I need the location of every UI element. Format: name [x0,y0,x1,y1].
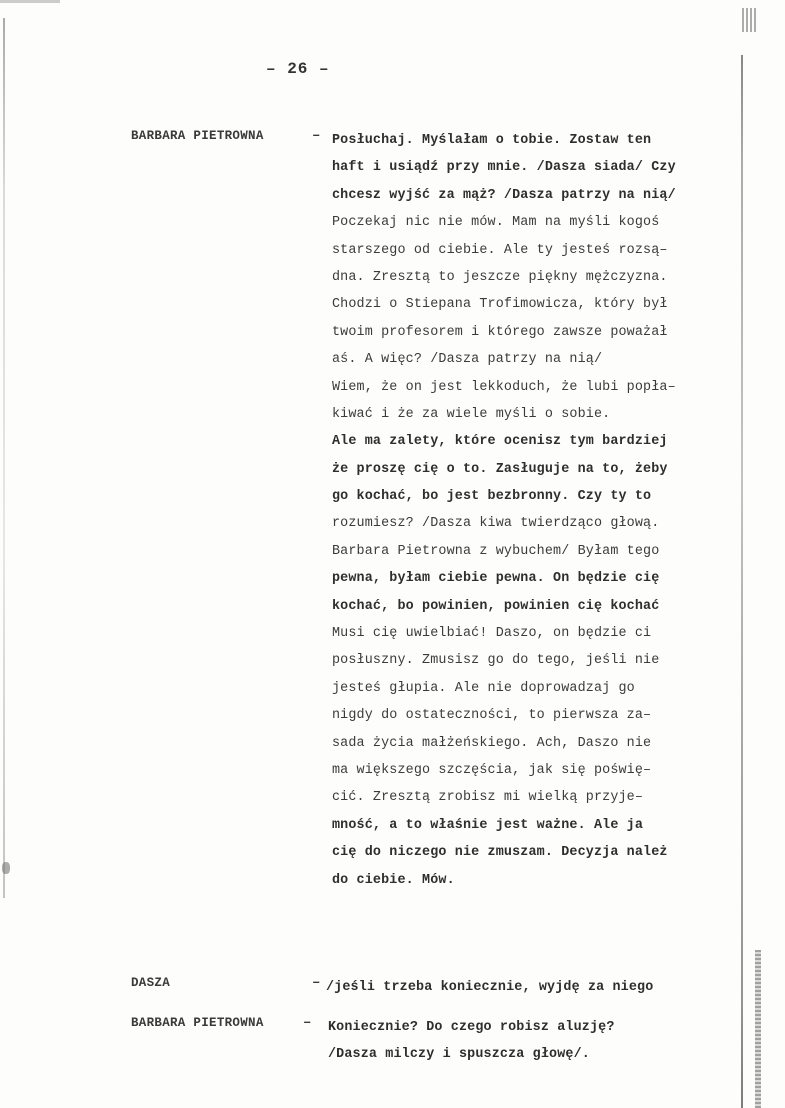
speaker-name: DASZA [131,976,170,990]
text-line: kochać, bo powinien, powinien cię kochać [332,593,676,620]
text-line: posłuszny. Zmusisz go do tego, jeśli nie [332,647,676,674]
text-line: cię do niczego nie zmuszam. Decyzja nale… [332,839,676,866]
scan-right-margin-line [741,55,743,1108]
text-line: /jeśli trzeba koniecznie, wyjdę za niego [326,974,653,1001]
speech-lines: Posłuchaj. Myślałam o tobie. Zostaw tenh… [332,127,676,894]
speaker-dash: – [312,975,320,991]
text-line: pewna, byłam ciebie pewna. On będzie cię [332,565,676,592]
text-line: sada życia małżeńskiego. Ach, Daszo nie [332,730,676,757]
speaker-name: BARBARA PIETROWNA [131,1016,264,1030]
page-number: – 26 – [266,60,330,78]
text-line: do ciebie. Mów. [332,867,676,894]
text-line: nigdy do ostateczności, to pierwsza za– [332,702,676,729]
text-line: go kochać, bo jest bezbronny. Czy ty to [332,483,676,510]
text-line: Ale ma zalety, które ocenisz tym bardzie… [332,428,676,455]
scan-left-edge [3,18,5,898]
text-line: Chodzi o Stiepana Trofimowicza, który by… [332,291,676,318]
text-line: ma większego szczęścia, jak się poświę– [332,757,676,784]
text-line: kiwać i że za wiele myśli o sobie. [332,401,676,428]
scan-edge-shadow [0,0,60,3]
text-line: rozumiesz? /Dasza kiwa twierdząco głową. [332,510,676,537]
text-line: twoim profesorem i którego zawsze poważa… [332,319,676,346]
text-line: haft i usiądź przy mnie. /Dasza siada/ C… [332,154,676,181]
text-line: aś. A więc? /Dasza patrzy na nią/ [332,346,676,373]
speech-lines: Koniecznie? Do czego robisz aluzję?/Dasz… [328,1014,615,1069]
text-line: Musi cię uwielbiać! Daszo, on będzie ci [332,620,676,647]
text-line: jesteś głupia. Ale nie doprowadzaj go [332,675,676,702]
speaker-name: BARBARA PIETROWNA [131,129,264,143]
text-line: Wiem, że on jest lekkoduch, że lubi popł… [332,374,676,401]
speech-lines: /jeśli trzeba koniecznie, wyjdę za niego [326,974,653,1001]
text-line: chcesz wyjść za mąż? /Dasza patrzy na ni… [332,182,676,209]
text-line: że proszę cię o to. Zasługuje na to, żeb… [332,456,676,483]
speaker-dash: – [303,1015,311,1031]
text-line: mność, a to właśnie jest ważne. Ale ja [332,812,676,839]
text-line: cić. Zresztą zrobisz mi wielką przyje– [332,784,676,811]
typescript-page: – 26 – BARBARA PIETROWNA – Posłuchaj. My… [0,0,785,1108]
text-line: Barbara Pietrowna z wybuchem/ Byłam tego [332,538,676,565]
text-line: Poczekaj nic nie mów. Mam na myśli kogoś [332,209,676,236]
scan-blot [2,862,10,874]
text-line: Posłuchaj. Myślałam o tobie. Zostaw ten [332,127,676,154]
text-line: /Dasza milczy i spuszcza głowę/. [328,1041,615,1068]
scan-right-edge [755,950,761,1108]
text-line: Koniecznie? Do czego robisz aluzję? [328,1014,615,1041]
speaker-dash: – [312,128,320,144]
text-line: dna. Zresztą to jeszcze piękny mężczyzna… [332,264,676,291]
text-line: starszego od ciebie. Ale ty jesteś rozsą… [332,237,676,264]
scan-corner-mark [742,8,758,32]
